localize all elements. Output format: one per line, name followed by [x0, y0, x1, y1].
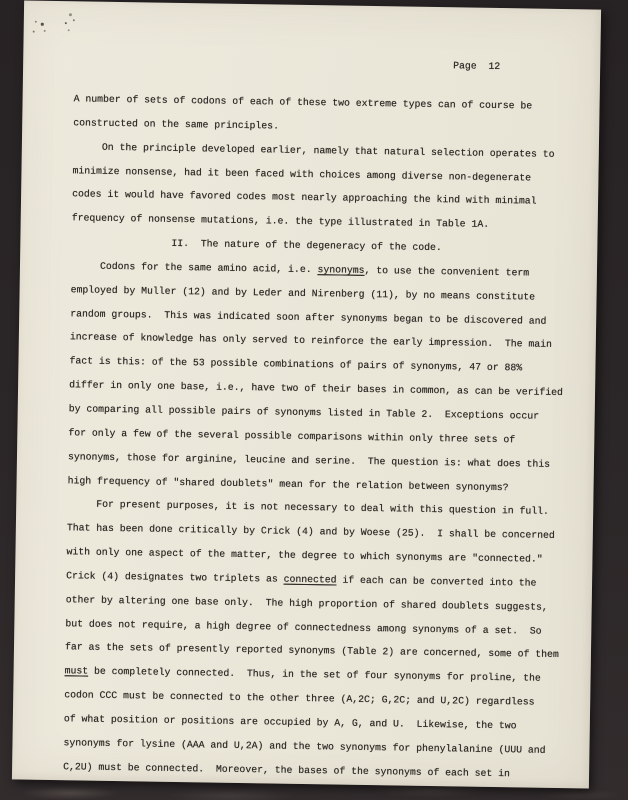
text-segment: with only one aspect of the matter, the … — [66, 546, 542, 564]
text-segment: For present purposes, it is not necessar… — [96, 499, 549, 517]
text-segment: codes it would have favored codes most n… — [72, 189, 537, 207]
text-segment: frequency of nonsense mutations, i.e. th… — [72, 213, 490, 231]
text-segment: A number of sets of codons of each of th… — [74, 93, 533, 111]
text-segment: but does not require, a high degree of c… — [65, 618, 541, 636]
scanned-photo-background: { "page": { "label": "Page 12" }, "body"… — [0, 0, 628, 800]
text-segment: far as the sets of presently reported sy… — [65, 642, 559, 661]
document-page: Page 12 A number of sets of codons of ea… — [12, 1, 601, 789]
text-body: A number of sets of codons of each of th… — [63, 87, 582, 786]
underlined-text: synonyms — [317, 264, 364, 276]
text-segment: increase of knowledge has only served to… — [70, 332, 552, 351]
text-segment: , to use the convenient term — [364, 265, 529, 279]
text-segment: by comparing all possible pairs of synon… — [69, 403, 539, 421]
text-segment: fact is this: of the 53 possible combina… — [69, 356, 522, 374]
text-segment: minimize nonsense, had it been faced wit… — [72, 165, 531, 183]
text-segment: C,2U) must be connected. Moreover, the b… — [63, 761, 510, 779]
paper-speck — [41, 23, 44, 26]
text-segment: On the principle developed earlier, name… — [102, 141, 555, 159]
text-segment: That has been done critically by Crick (… — [67, 522, 555, 541]
paper-speck — [65, 22, 67, 24]
paper-speck — [44, 30, 46, 32]
underlined-text: must — [65, 665, 89, 676]
paper-speck — [73, 19, 75, 21]
paper-speck — [69, 13, 72, 16]
text-segment: differ in only one base, i.e., have two … — [69, 379, 563, 398]
text-segment: synonyms for lysine (AAA and U,2A) and t… — [63, 737, 545, 756]
text-segment: for only a few of the several possible c… — [68, 427, 515, 445]
text-segment: be completely connected. Thus, in the se… — [88, 666, 541, 684]
underlined-text: connected — [284, 574, 337, 586]
text-segment: employed by Muller (12) and by Leder and… — [71, 284, 536, 302]
text-segment: random groups. This was indicated soon a… — [70, 308, 546, 326]
text-segment: other by altering one base only. The hig… — [66, 594, 548, 613]
paper-speck — [33, 31, 35, 33]
text-segment: II. The nature of the degeneracy of the … — [171, 238, 442, 253]
page-number: Page 12 — [453, 59, 500, 74]
text-segment: of what position or positions are occupi… — [64, 713, 517, 731]
text-segment: synonyms, those for arginine, leucine an… — [68, 451, 550, 470]
text-segment: if each can be converted into the — [336, 574, 536, 588]
text-segment: codon CCC must be connected to the other… — [64, 689, 534, 707]
text-segment: Codons for the same amino acid, i.e. — [100, 261, 318, 275]
text-segment: constructed on the same principles. — [73, 117, 279, 131]
text-segment: high frequency of "shared doublets" mean… — [68, 475, 509, 493]
text-segment: Crick (4) designates two triplets as — [66, 570, 284, 584]
paper-speck — [68, 29, 70, 31]
paper-speck — [35, 21, 37, 23]
